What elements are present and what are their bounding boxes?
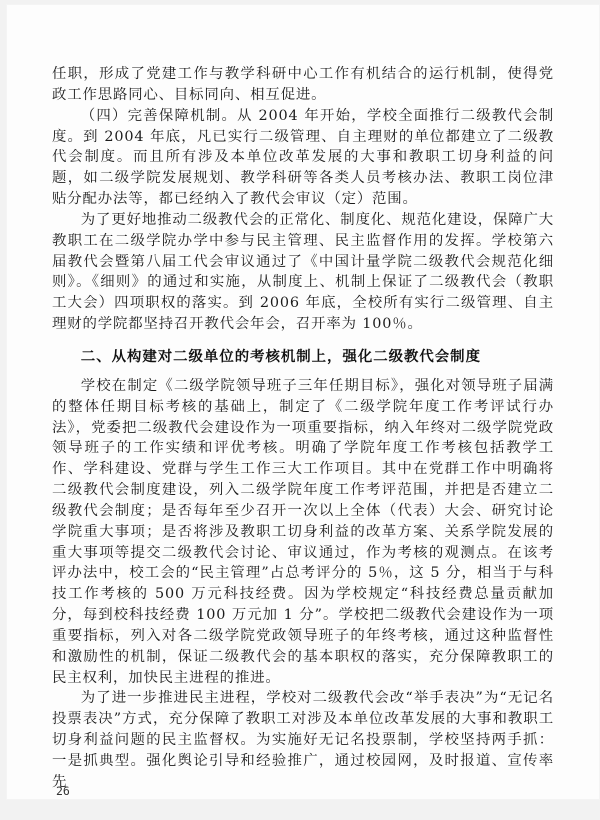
section-heading: 二、从构建对二级单位的考核机制上，强化二级教代会制度 <box>52 347 554 368</box>
paragraph-assessment-mechanism: 学校在制定《二级学院领导班子三年任期目标》，强化对领导班子届满的整体任期目标考核… <box>52 376 554 689</box>
page-number: 26 <box>56 784 70 798</box>
paragraph-standardization-rules: 为了更好地推动二级教代会的正常化、制度化、规范化建设，保障广大教职工在二级学院办… <box>52 210 554 335</box>
body-text: 任职，形成了党建工作与教学科研中心工作有机结合的运行机制，使得党政工作思路同心、… <box>52 64 554 793</box>
paragraph-continuation: 任职，形成了党建工作与教学科研中心工作有机结合的运行机制，使得党政工作思路同心、… <box>52 64 554 106</box>
paragraph-anonymous-voting: 为了进一步推进民主进程，学校对二级教代会改“举手表决”为“无记名投票表决”方式，… <box>52 688 554 792</box>
paragraph-safeguard-mechanism: （四）完善保障机制。从 2004 年开始，学校全面推行二级教代会制度。到 200… <box>52 106 554 210</box>
document-page: 任职，形成了党建工作与教学科研中心工作有机结合的运行机制，使得党政工作思路同心、… <box>6 4 600 800</box>
